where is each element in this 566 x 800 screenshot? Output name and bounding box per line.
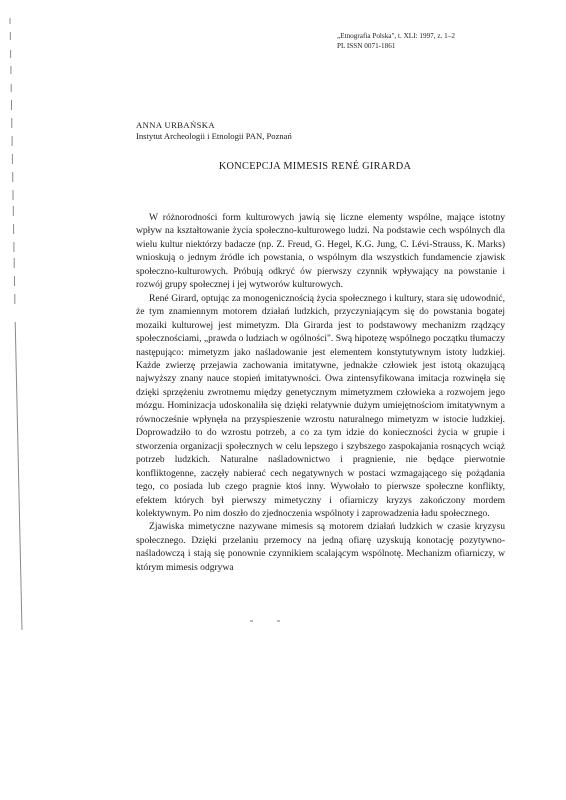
article-body: W różnorodności form kulturowych jawią s… [136,211,505,574]
paragraph: W różnorodności form kulturowych jawią s… [136,211,505,292]
author-name: ANNA URBAŃSKA [136,120,292,131]
scan-speck [250,620,253,622]
journal-line: „Etnografia Polska", t. XLI: 1997, z. 1–… [337,31,455,41]
page-binding-edge [0,0,30,800]
scan-speck [277,620,280,622]
issn-line: PL ISSN 0071-1861 [337,41,455,51]
journal-citation: „Etnografia Polska", t. XLI: 1997, z. 1–… [337,31,455,51]
paragraph: René Girard, optując za monogenicznością… [136,292,505,521]
paragraph: Zjawiska mimetyczne nazywane mimesis są … [136,520,505,574]
author-block: ANNA URBAŃSKA Instytut Archeologii i Etn… [136,120,292,141]
article-title: KONCEPCJA MIMESIS RENÉ GIRARDA [0,161,566,172]
author-affiliation: Instytut Archeologii i Etnologii PAN, Po… [136,131,292,142]
